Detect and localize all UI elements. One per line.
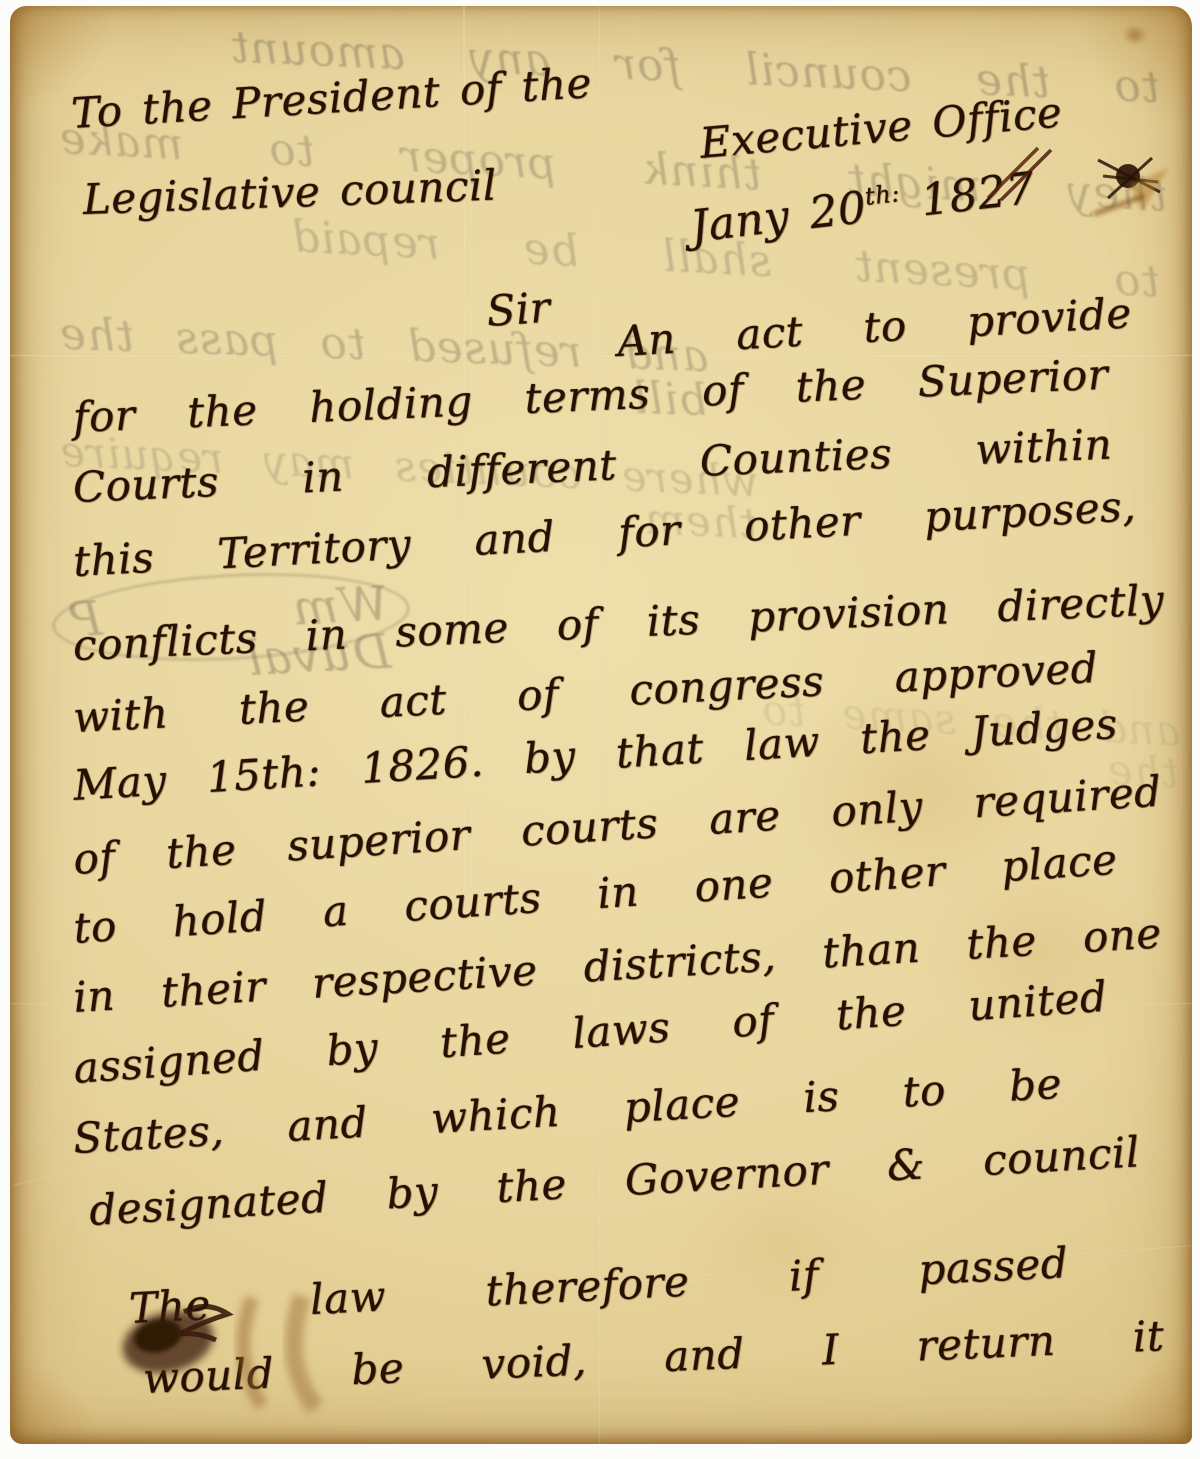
corner-speck: [1122, 24, 1148, 46]
scanned-letter-page: to the council for any amount they might…: [0, 0, 1200, 1459]
salutation: Sir: [485, 284, 552, 337]
vertical-fold-crease-2: [598, 6, 601, 1444]
date-ordinal: th:: [863, 179, 901, 211]
